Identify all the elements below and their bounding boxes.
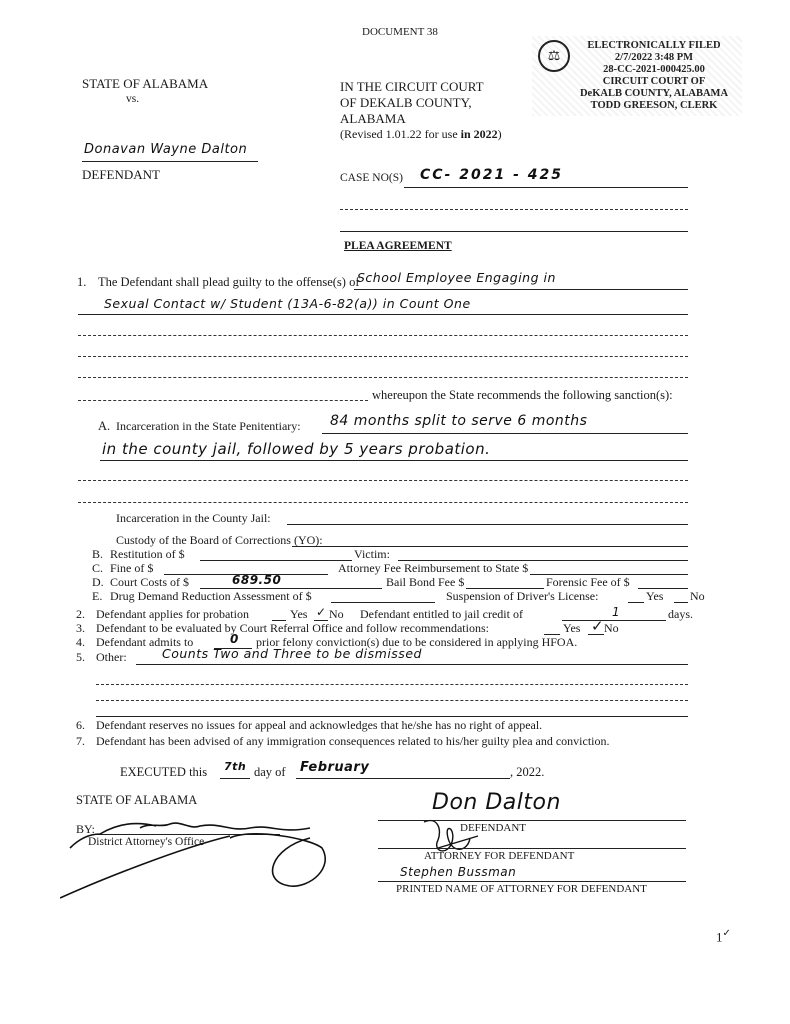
court-line-2: OF DEKALB COUNTY, xyxy=(340,95,472,110)
restitution-field[interactable] xyxy=(200,560,352,561)
license-no-blank[interactable] xyxy=(674,602,688,603)
item-3-number: 3. xyxy=(76,621,85,636)
court-referral-no-blank[interactable] xyxy=(588,634,604,635)
attorney-printed-label: PRINTED NAME OF ATTORNEY FOR DEFENDANT xyxy=(396,883,647,895)
attorney-fee-label: Attorney Fee Reimbursement to State $ xyxy=(338,561,528,576)
custody-line xyxy=(292,546,688,547)
case-line-1 xyxy=(404,187,688,188)
blank-line xyxy=(78,400,368,401)
versus: vs. xyxy=(126,92,139,107)
jail-credit-label: Defendant entitled to jail credit of xyxy=(360,607,523,622)
defendant-caption: DEFENDANT xyxy=(82,167,160,182)
license-yes-blank[interactable] xyxy=(628,602,644,603)
executed-label: EXECUTED this xyxy=(120,765,207,780)
prior-felony-count: 0 xyxy=(230,632,239,646)
probation-no-checkmark-icon[interactable]: ✓ xyxy=(316,605,326,619)
executed-month-line xyxy=(296,778,510,779)
stamp-line: TODD GREESON, CLERK xyxy=(568,100,740,112)
document-number: DOCUMENT 38 xyxy=(362,26,438,38)
sanction-a-rule-2 xyxy=(100,460,688,461)
item-1-text: The Defendant shall plead guilty to the … xyxy=(98,275,360,290)
court-referral-no-checkmark-icon[interactable]: ✓ xyxy=(591,617,604,635)
executed-month: February xyxy=(300,760,369,775)
probation-label: Defendant applies for probation xyxy=(96,607,249,622)
county-jail-label: Incarceration in the County Jail: xyxy=(116,511,271,526)
revision-text: (Revised 1.01.22 for use xyxy=(340,127,461,141)
attorney-printed-line[interactable] xyxy=(378,881,686,882)
license-suspension-label: Suspension of Driver's License: xyxy=(446,589,598,604)
revision-note: (Revised 1.01.22 for use in 2022) xyxy=(340,127,502,142)
court-line-3: ALABAMA xyxy=(340,111,406,126)
state-signature-caption: STATE OF ALABAMA xyxy=(76,793,197,808)
attorney-printed-name: Stephen Bussman xyxy=(400,865,516,879)
item-6-number: 6. xyxy=(76,718,85,733)
da-signature-scribble xyxy=(60,808,350,908)
appeal-waiver-text: Defendant reserves no issues for appeal … xyxy=(96,718,542,733)
sanction-a-text: Incarceration in the State Penitentiary: xyxy=(116,419,301,434)
blank-line xyxy=(96,684,688,685)
defendant-name: Donavan Wayne Dalton xyxy=(84,142,247,157)
offense-line-1: School Employee Engaging in xyxy=(357,270,556,285)
drug-assessment-field[interactable] xyxy=(331,602,435,603)
item-5-number: 5. xyxy=(76,650,85,665)
bail-bond-label: Bail Bond Fee $ xyxy=(386,575,464,590)
court-costs-value: 689.50 xyxy=(232,573,281,587)
page-title: PLEA AGREEMENT xyxy=(344,240,452,252)
stamp-text: ELECTRONICALLY FILED 2/7/2022 3:48 PM 28… xyxy=(568,40,740,112)
blank-line xyxy=(78,480,688,481)
blank-line xyxy=(96,716,688,717)
item-7-number: 7. xyxy=(76,734,85,749)
probation-yes: Yes xyxy=(290,607,307,622)
court-line-1: IN THE CIRCUIT COURT xyxy=(340,79,484,94)
blank-line xyxy=(78,377,688,378)
sanction-e-label: E. xyxy=(92,589,102,604)
case-number: CC- 2021 - 425 xyxy=(420,167,563,183)
immigration-advisory-text: Defendant has been advised of any immigr… xyxy=(96,734,610,749)
court-costs-label: Court Costs of $ xyxy=(110,575,189,590)
page-checkmark-icon: ✓ xyxy=(723,928,731,939)
defendant-name-line xyxy=(82,161,258,162)
revision-year: in 2022 xyxy=(461,127,498,141)
stamp-line: 2/7/2022 3:48 PM xyxy=(568,52,740,64)
forensic-fee-label: Forensic Fee of $ xyxy=(546,575,630,590)
sanction-a-rule-1 xyxy=(322,433,688,434)
executed-year: , 2022. xyxy=(510,765,544,780)
offense-line-2: Sexual Contact w/ Student (13A-6-82(a)) … xyxy=(104,296,471,311)
sanction-a-value-1: 84 months split to serve 6 months xyxy=(330,413,587,429)
stamp-line: DeKALB COUNTY, ALABAMA xyxy=(568,88,740,100)
executed-day: 7th xyxy=(224,760,246,773)
victim-label: Victim: xyxy=(354,547,390,562)
case-line-2 xyxy=(340,209,688,210)
sanction-a-value-2: in the county jail, followed by 5 years … xyxy=(102,440,490,458)
drug-assessment-label: Drug Demand Reduction Assessment of $ xyxy=(110,589,312,604)
court-seal-icon: ⚖ xyxy=(538,40,570,72)
offense-line-1-rule xyxy=(354,289,688,290)
attorney-signature-label: ATTORNEY FOR DEFENDANT xyxy=(424,850,574,862)
license-yes: Yes xyxy=(646,589,663,604)
item-2-number: 2. xyxy=(76,607,85,622)
sanction-c-label: C. xyxy=(92,561,103,576)
stamp-line: 28-CC-2021-000425.00 xyxy=(568,64,740,76)
court-referral-yes: Yes xyxy=(563,621,580,636)
fine-label: Fine of $ xyxy=(110,561,153,576)
other-line xyxy=(136,664,688,665)
stamp-line: CIRCUIT COURT OF xyxy=(568,76,740,88)
item-1-number: 1. xyxy=(77,275,86,290)
offense-line-2-rule xyxy=(78,314,688,315)
restitution-label: Restitution of $ xyxy=(110,547,185,562)
sanction-d-label: D. xyxy=(92,575,104,590)
license-no: No xyxy=(690,589,705,604)
county-jail-line xyxy=(287,524,688,525)
other-value: Counts Two and Three to be dismissed xyxy=(162,646,422,661)
blank-line xyxy=(78,335,688,336)
court-referral-label: Defendant to be evaluated by Court Refer… xyxy=(96,621,489,636)
jail-credit-value: 1 xyxy=(612,605,620,619)
revision-close: ) xyxy=(498,127,502,141)
case-line-3 xyxy=(340,231,688,232)
attorney-signature-line[interactable] xyxy=(378,848,686,849)
executed-day-line xyxy=(220,778,250,779)
efiling-stamp: ⚖ ELECTRONICALLY FILED 2/7/2022 3:48 PM … xyxy=(532,36,742,116)
sanction-a-label: A. xyxy=(98,419,110,434)
blank-line xyxy=(78,356,688,357)
page-number: 1✓ xyxy=(716,928,731,945)
item-4-number: 4. xyxy=(76,635,85,650)
court-referral-no: No xyxy=(604,621,619,636)
day-of-label: day of xyxy=(254,765,286,780)
probation-no: No xyxy=(329,607,344,622)
sanction-b-label: B. xyxy=(92,547,103,562)
blank-line xyxy=(78,502,688,503)
stamp-line: ELECTRONICALLY FILED xyxy=(568,40,740,52)
days-label: days. xyxy=(668,607,693,622)
other-label: Other: xyxy=(96,650,127,665)
blank-line xyxy=(96,700,688,701)
case-label: CASE NO(S) xyxy=(340,172,403,184)
state-caption: STATE OF ALABAMA xyxy=(82,76,208,91)
whereupon-text: whereupon the State recommends the follo… xyxy=(372,388,673,403)
